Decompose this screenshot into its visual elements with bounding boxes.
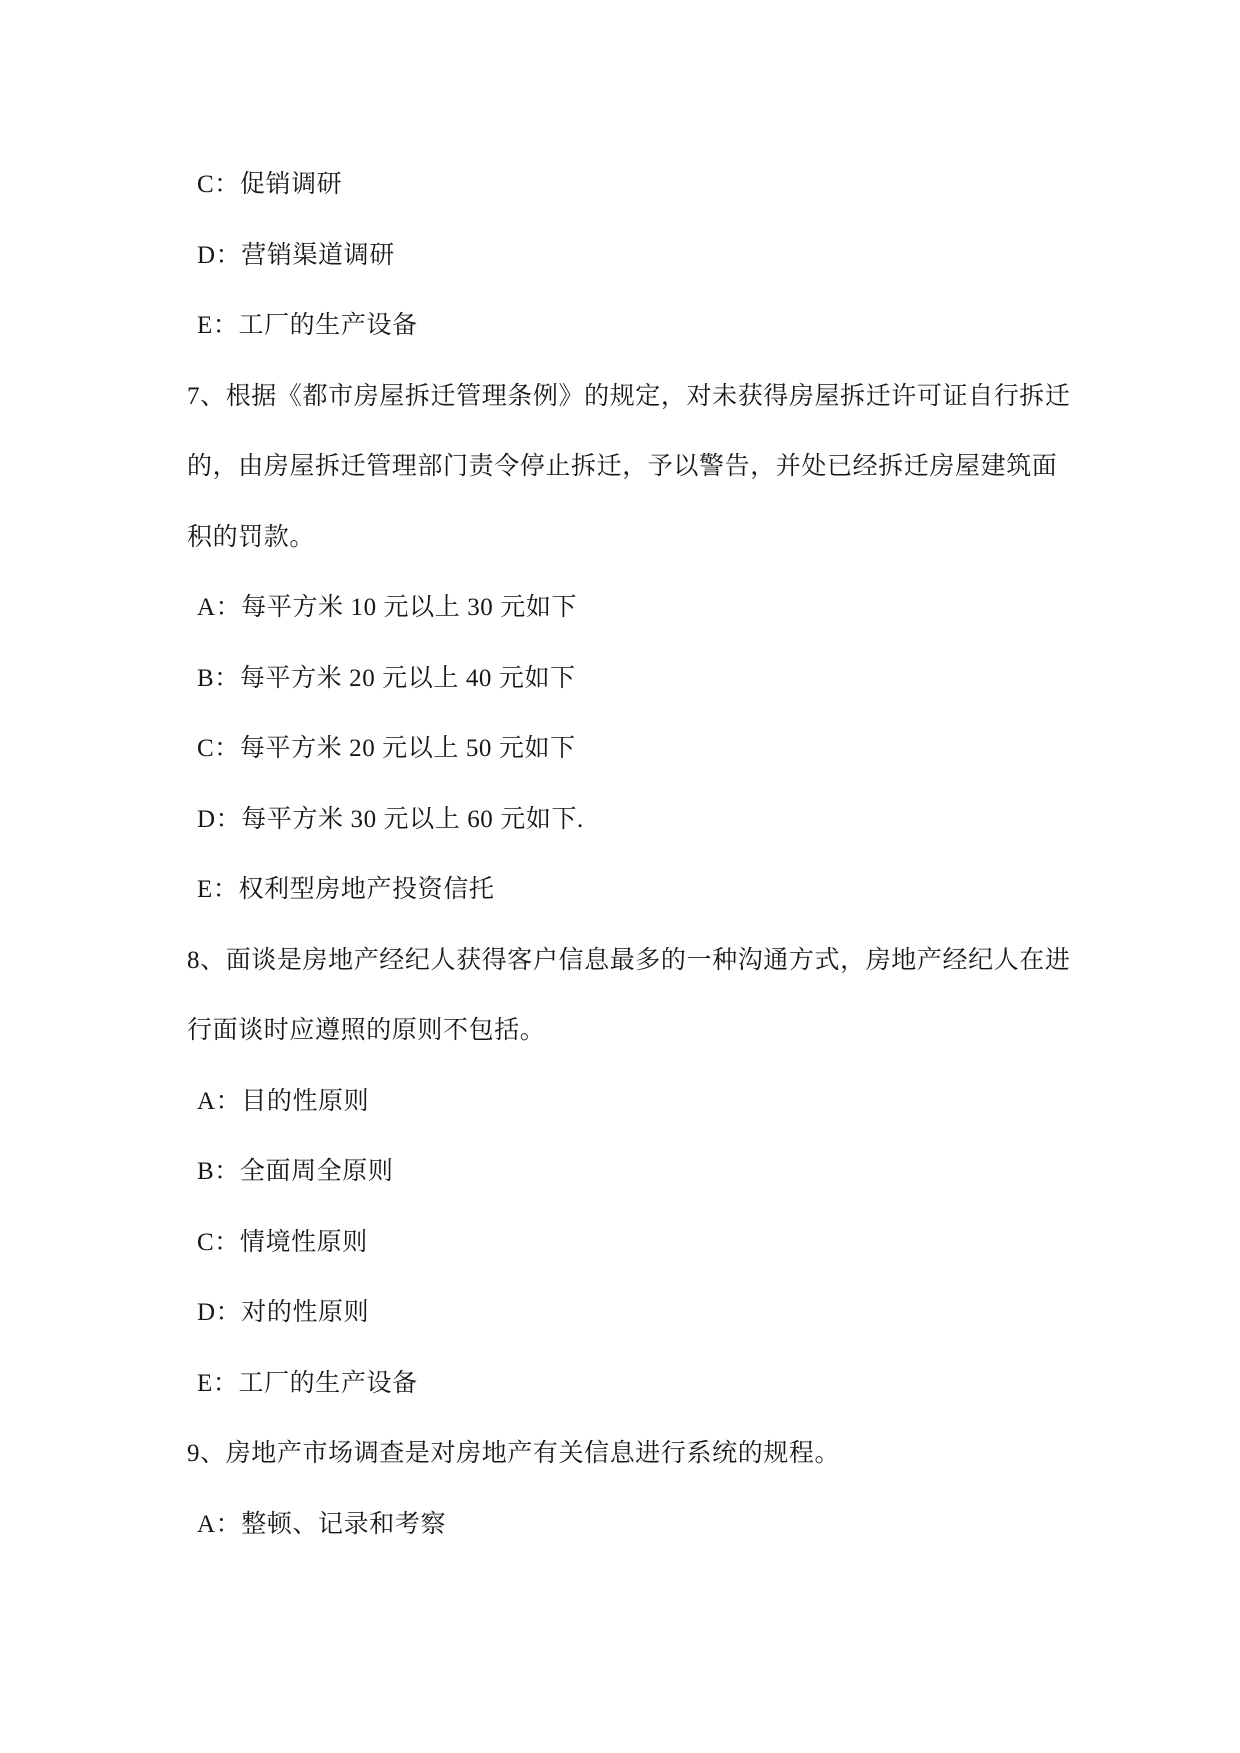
q7-stem-line-1: 7、根据《都市房屋拆迁管理条例》的规定，对未获得房屋拆迁许可证自行拆迁	[187, 359, 1087, 430]
q8-option-e: E：工厂的生产设备	[187, 1346, 1087, 1417]
q8-option-b: B：全面周全原则	[187, 1134, 1087, 1205]
q6-option-e: E：工厂的生产设备	[187, 288, 1087, 359]
q6-option-d: D：营销渠道调研	[187, 218, 1087, 289]
q9-option-a: A：整顿、记录和考察	[187, 1487, 1087, 1558]
q7-option-c: C：每平方米 20 元以上 50 元如下	[187, 711, 1087, 782]
q8-stem-line-2: 行面谈时应遵照的原则不包括。	[187, 993, 1087, 1064]
q7-stem-line-3: 积的罚款。	[187, 500, 1087, 571]
q7-option-e: E：权利型房地产投资信托	[187, 852, 1087, 923]
document-page: C：促销调研 D：营销渠道调研 E：工厂的生产设备 7、根据《都市房屋拆迁管理条…	[0, 0, 1240, 1753]
q7-stem-line-2: 的，由房屋拆迁管理部门责令停止拆迁，予以警告，并处已经拆迁房屋建筑面	[187, 429, 1087, 500]
q8-option-a: A：目的性原则	[187, 1064, 1087, 1135]
q8-option-d: D：对的性原则	[187, 1275, 1087, 1346]
q8-stem-line-1: 8、面谈是房地产经纪人获得客户信息最多的一种沟通方式，房地产经纪人在进	[187, 923, 1087, 994]
q9-stem-line-1: 9、房地产市场调查是对房地产有关信息进行系统的规程。	[187, 1416, 1087, 1487]
q6-option-c: C：促销调研	[187, 147, 1087, 218]
q7-option-b: B：每平方米 20 元以上 40 元如下	[187, 641, 1087, 712]
q7-option-d: D：每平方米 30 元以上 60 元如下.	[187, 782, 1087, 853]
document-body: C：促销调研 D：营销渠道调研 E：工厂的生产设备 7、根据《都市房屋拆迁管理条…	[187, 147, 1087, 1557]
q7-option-a: A：每平方米 10 元以上 30 元如下	[187, 570, 1087, 641]
q8-option-c: C：情境性原则	[187, 1205, 1087, 1276]
